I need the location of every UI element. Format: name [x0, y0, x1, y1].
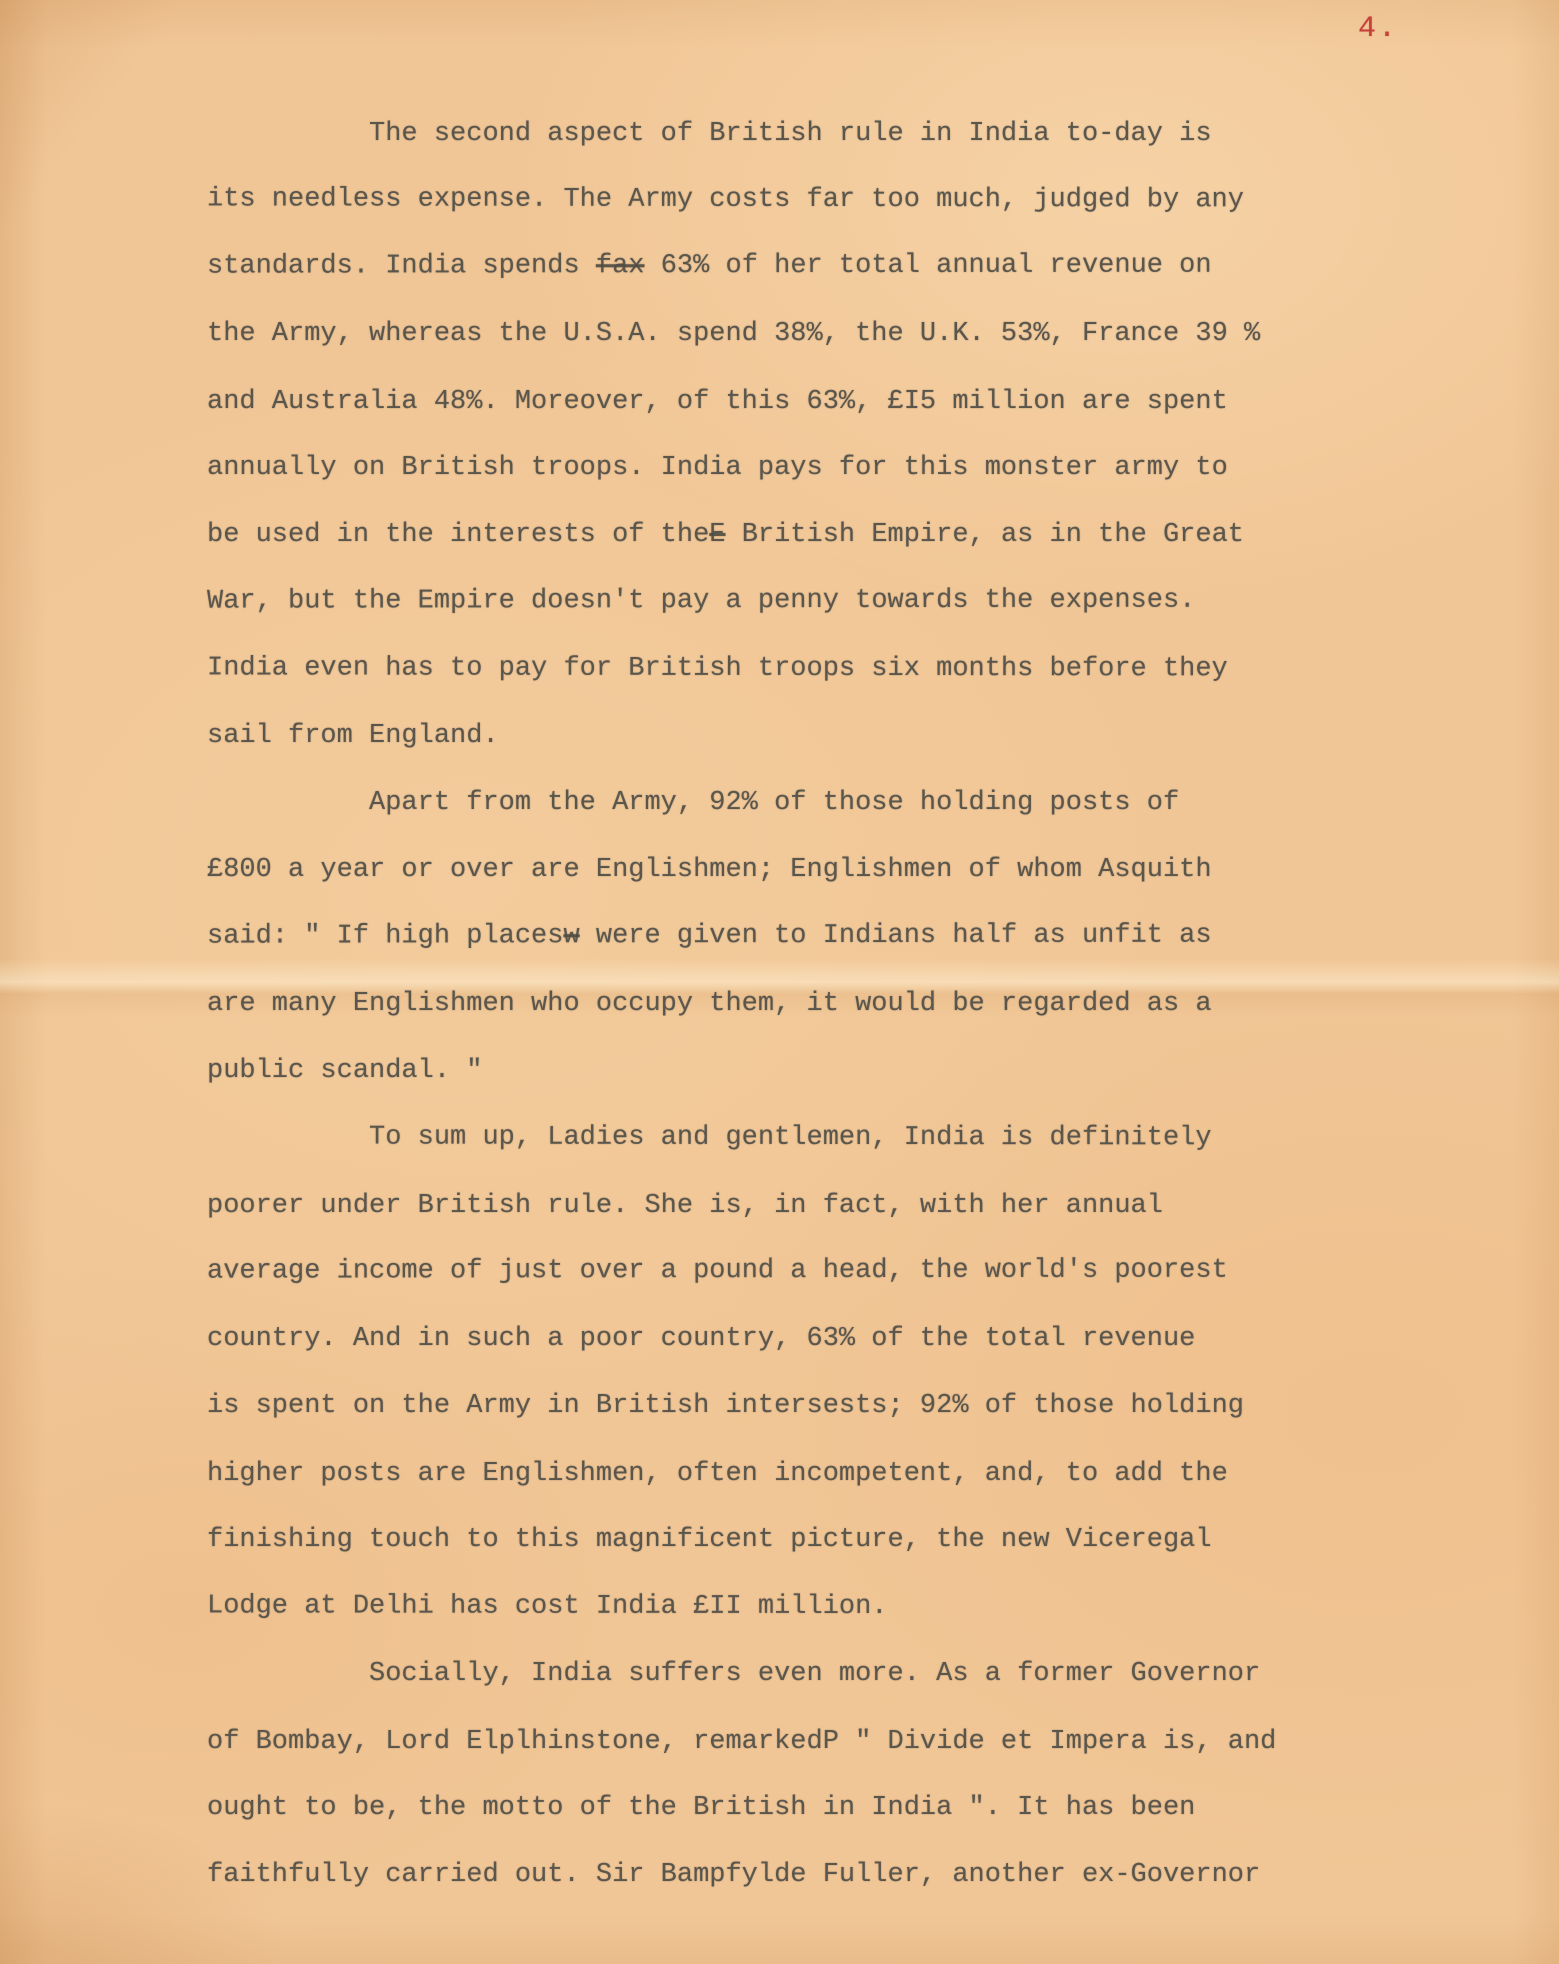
text-line: sail from England.	[207, 703, 1537, 770]
text-line: annually on British troops. India pays f…	[207, 435, 1537, 502]
text-line: are many Englishmen who occupy them, it …	[207, 971, 1537, 1038]
text-line: said: " If high placesw were given to In…	[207, 902, 1537, 970]
text-line: poorer under British rule. She is, in fa…	[207, 1173, 1537, 1240]
text-line: finishing touch to this magnificent pict…	[207, 1507, 1537, 1574]
text-line: India even has to pay for British troops…	[207, 635, 1537, 703]
text-line: higher posts are Englishmen, often incom…	[207, 1441, 1537, 1508]
text-line: Lodge at Delhi has cost India £II millio…	[207, 1573, 1537, 1641]
text-line: Apart from the Army, 92% of those holdin…	[207, 770, 1537, 837]
text-line: of Bombay, Lord Elplhinstone, remarkedP …	[207, 1709, 1537, 1776]
text-line: country. And in such a poor country, 63%…	[207, 1306, 1537, 1373]
text-line: £800 a year or over are Englishmen; Engl…	[207, 837, 1537, 904]
text-line: is spent on the Army in British interses…	[207, 1373, 1537, 1440]
page-number: 4.	[1358, 12, 1398, 46]
text-line: War, but the Empire doesn't pay a penny …	[207, 567, 1537, 635]
text-line: standards. India spends fax 63% of her t…	[207, 232, 1537, 300]
text-line: The second aspect of British rule in Ind…	[207, 101, 1537, 168]
text-line: average income of just over a pound a he…	[207, 1237, 1537, 1305]
text-line: To sum up, Ladies and gentlemen, India i…	[207, 1104, 1537, 1172]
typescript-body: The second aspect of British rule in Ind…	[207, 100, 1537, 1909]
text-line: Socially, India suffers even more. As a …	[207, 1641, 1537, 1708]
text-line: ought to be, the motto of the British in…	[207, 1775, 1537, 1842]
text-line: faithfully carried out. Sir Bampfylde Fu…	[207, 1842, 1537, 1909]
text-line: public scandal. "	[207, 1038, 1537, 1105]
text-line: be used in the interests of theE British…	[207, 502, 1537, 569]
text-line: the Army, whereas the U.S.A. spend 38%, …	[207, 301, 1537, 368]
text-line: its needless expense. The Army costs far…	[207, 166, 1537, 234]
text-line: and Australia 48%. Moreover, of this 63%…	[207, 369, 1537, 436]
